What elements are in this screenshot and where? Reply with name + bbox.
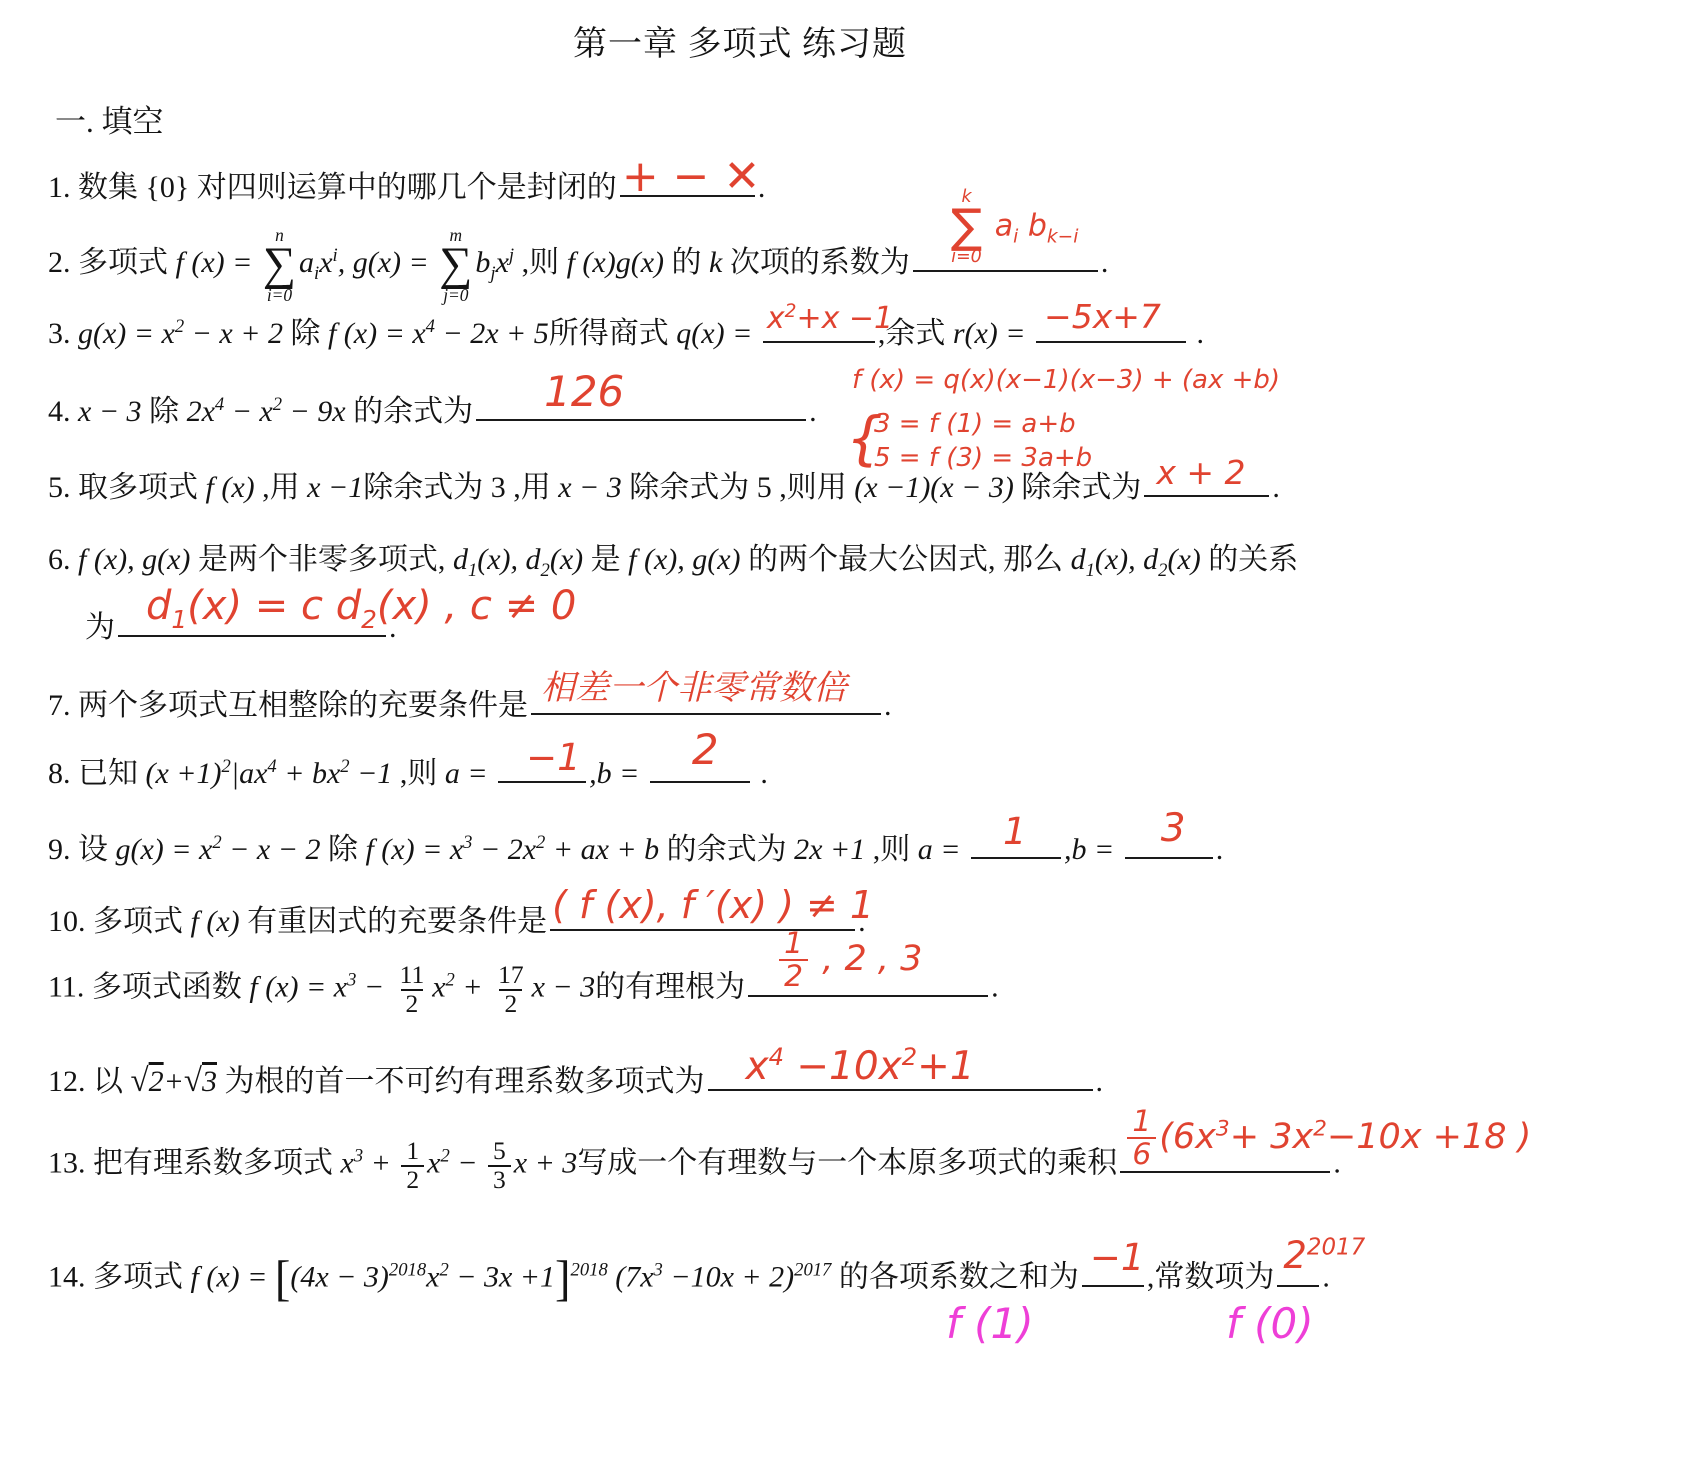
- text-run: 所得商式: [549, 317, 677, 350]
- math-run: − 2x + 5: [435, 317, 549, 350]
- math-run: ( f (x), f ′(x) ) ≠ 1: [552, 883, 874, 927]
- text-run: 6.: [48, 543, 78, 576]
- math-run: −10x +18 ): [1327, 1117, 1531, 1157]
- big-bracket: ]: [555, 1243, 571, 1316]
- question-9: 9. 设 g(x) = x2 − x − 2 除 f (x) = x3 − 2x…: [48, 828, 1223, 872]
- fraction: 16: [1127, 1106, 1156, 1170]
- fraction-denominator: 3: [488, 1165, 511, 1194]
- text-run: 1. 数集 {0} 对四则运算中的哪几个是封闭的: [48, 171, 617, 204]
- text-run: 是两个非零多项式,: [190, 543, 453, 576]
- answer-blank: 126: [476, 413, 806, 421]
- text-run: .: [1101, 246, 1109, 279]
- math-run: f (0): [1226, 1299, 1314, 1348]
- text-run: 10. 多项式: [48, 905, 191, 938]
- handwritten-answer: −1: [1090, 1238, 1145, 1279]
- math-run: 2x +1: [794, 833, 865, 866]
- section-heading: 一. 填空: [55, 96, 164, 141]
- math-run: |ax: [231, 757, 268, 790]
- pink-note-f0: f (0): [1226, 1294, 1314, 1355]
- math-run: x −1: [307, 471, 363, 504]
- text-run: 次项的系数为: [722, 246, 910, 279]
- math-run: ,b =: [1064, 833, 1122, 866]
- text-run: 除: [142, 395, 187, 428]
- text-run: ,则: [514, 246, 567, 279]
- math-run: f (x) =: [191, 1261, 275, 1294]
- math-run: + bx: [277, 757, 341, 790]
- text-run: .: [809, 395, 817, 428]
- math-run: d: [453, 543, 468, 576]
- question-5: 5. 取多项式 f (x) ,用 x −1除余式为 3 ,用 x − 3 除余式…: [48, 466, 1280, 510]
- subscript: 1: [468, 560, 477, 581]
- fraction-denominator: 2: [499, 989, 522, 1018]
- text-run: 126: [544, 367, 624, 416]
- fraction-denominator: 2: [779, 959, 808, 992]
- question-6-line-2: 为d1(x) = c d2(x) , c ≠ 0.: [85, 606, 397, 650]
- text-run: 写成一个有理数与一个本原多项式的乘积: [577, 1147, 1117, 1180]
- math-run: f (x) = x: [249, 971, 347, 1004]
- math-run: x + 3: [514, 1147, 578, 1180]
- math-run: + 3x: [1230, 1117, 1313, 1157]
- math-run: , g(x) =: [338, 246, 437, 279]
- math-run: (x) , c ≠ 0: [377, 583, 576, 629]
- summation: n∑i=0: [263, 226, 296, 304]
- answer-blank: x + 2: [1144, 489, 1269, 497]
- math-run: g(x) = x: [78, 317, 175, 350]
- math-run: (x), d: [1095, 543, 1158, 576]
- question-2: 2. 多项式 f (x) = n∑i=0aixi, g(x) = m∑j=0bj…: [48, 226, 1108, 304]
- math-run: x: [746, 1044, 769, 1089]
- text-run: .: [1216, 833, 1224, 866]
- math-run: (4x − 3): [290, 1261, 389, 1294]
- math-run: (6x: [1159, 1117, 1216, 1157]
- superscript: 2018: [389, 1260, 426, 1281]
- text-run: 2. 多项式: [48, 246, 176, 279]
- superscript: 2: [440, 1146, 449, 1167]
- superscript: 2: [175, 316, 184, 337]
- text-run: ,用: [255, 471, 308, 504]
- fraction-denominator: 6: [1127, 1137, 1156, 1170]
- superscript: 2: [536, 832, 545, 853]
- work-note-f1: 3 = f (1) = a+b: [874, 406, 1076, 444]
- page-title: 第一章 多项式 练习题: [0, 16, 1480, 65]
- question-13: 13. 把有理系数多项式 x3 + 12x2 − 53x + 3写成一个有理数与…: [48, 1138, 1341, 1194]
- answer-blank: x2+x −1: [763, 335, 875, 343]
- text-run: 有重因式的充要条件是: [240, 905, 548, 938]
- text-run: 为: [85, 611, 115, 644]
- fraction: 172: [493, 962, 529, 1018]
- math-run: f (x): [206, 471, 255, 504]
- math-run: f (x): [191, 905, 240, 938]
- fraction-numerator: 17: [493, 962, 529, 989]
- math-run: 2x: [187, 395, 215, 428]
- answer-blank: k∑i=0 ai bk−i: [913, 264, 1098, 272]
- text-run: 2: [1283, 1234, 1307, 1277]
- math-run: d: [1071, 543, 1086, 576]
- fraction-numerator: 1: [401, 1138, 424, 1165]
- math-run: x: [432, 971, 445, 1004]
- math-run: r(x) =: [953, 317, 1033, 350]
- math-run: + ax + b: [545, 833, 659, 866]
- summation-lower-limit: i=0: [951, 248, 981, 266]
- superscript: 2: [785, 301, 797, 322]
- text-run: 3: [1161, 806, 1186, 851]
- handwritten-answer: 126: [544, 369, 624, 415]
- math-run: x: [767, 301, 785, 336]
- text-run: 4.: [48, 395, 78, 428]
- radical-symbol: √: [184, 1063, 202, 1099]
- superscript: 2018: [571, 1260, 608, 1281]
- handwritten-answer: + − ✕: [622, 153, 761, 201]
- superscript: 2: [902, 1043, 917, 1071]
- text-run: 除: [320, 833, 365, 866]
- answer-blank: 3: [1125, 851, 1213, 859]
- question-12: 12. 以 √2+√3 为根的首一不可约有理系数多项式为x4 −10x2+1.: [48, 1058, 1103, 1106]
- question-1: 1. 数集 {0} 对四则运算中的哪几个是封闭的+ − ✕.: [48, 166, 765, 210]
- summation-lower-limit: i=0: [267, 286, 292, 304]
- fraction-numerator: 1: [779, 928, 808, 959]
- text-run: + − ✕: [622, 151, 761, 202]
- question-7: 7. 两个多项式互相整除的充要条件是相差一个非零常数倍.: [48, 684, 892, 728]
- math-run: +x −1: [796, 301, 893, 336]
- answer-blank: 相差一个非零常数倍: [531, 707, 881, 715]
- text-run: 14. 多项式: [48, 1261, 191, 1294]
- math-run: g(x) = x: [116, 833, 213, 866]
- math-run: −: [450, 1147, 485, 1180]
- text-run: 除: [283, 317, 328, 350]
- text-run: 7. 两个多项式互相整除的充要条件是: [48, 689, 528, 722]
- answer-blank: d1(x) = c d2(x) , c ≠ 0: [118, 629, 386, 637]
- text-run: 9. 设: [48, 833, 116, 866]
- math-run: (x): [1167, 543, 1200, 576]
- handwritten-answer: 2: [692, 727, 719, 773]
- math-run: a =: [918, 833, 968, 866]
- text-run: ,常数项为: [1147, 1261, 1275, 1294]
- handwritten-answer: −1: [526, 738, 581, 779]
- superscript: 4: [426, 316, 435, 337]
- text-run: .: [1272, 471, 1280, 504]
- text-run: 13. 把有理系数多项式: [48, 1147, 341, 1180]
- subscript: 1: [171, 605, 187, 634]
- summation: k∑i=0: [951, 188, 982, 266]
- document-page: 第一章 多项式 练习题 一. 填空 1. 数集 {0} 对四则运算中的哪几个是封…: [0, 0, 1706, 1462]
- handwritten-answer: x + 2: [1156, 455, 1245, 491]
- math-run: −: [356, 971, 391, 1004]
- handwritten-answer: 16(6x3+ 3x2−10x +18 ): [1124, 1106, 1531, 1170]
- superscript: 3: [347, 970, 356, 991]
- handwritten-answer: 22017: [1283, 1236, 1365, 1277]
- question-10: 10. 多项式 f (x) 有重因式的充要条件是( f (x), f ′(x) …: [48, 900, 866, 944]
- math-run: − 9x: [282, 395, 346, 428]
- math-run: x: [426, 1261, 439, 1294]
- math-run: ,b =: [589, 757, 647, 790]
- handwritten-answer: x4 −10x2+1: [746, 1045, 975, 1089]
- summation-lower-limit: j=0: [443, 286, 468, 304]
- superscript: 2: [1313, 1117, 1327, 1142]
- math-run: −10x: [784, 1044, 902, 1089]
- superscript: 2: [340, 756, 349, 777]
- superscript: 2: [212, 832, 221, 853]
- superscript: 2: [273, 394, 282, 415]
- answer-blank: −1: [498, 775, 586, 783]
- math-run: −1: [1090, 1236, 1145, 1279]
- math-run: 5 = f (3) = 3a+b: [874, 443, 1092, 473]
- math-run: −1: [526, 736, 581, 779]
- math-run: d: [146, 583, 171, 629]
- text-run: 5. 取多项式: [48, 471, 206, 504]
- subscript: 2: [541, 560, 550, 581]
- answer-blank: 12 , 2 , 3: [748, 989, 988, 997]
- handwritten-answer: d1(x) = c d2(x) , c ≠ 0: [146, 584, 576, 633]
- math-run: x: [341, 1147, 354, 1180]
- math-run: f (x), g(x): [78, 543, 190, 576]
- superscript: 2: [222, 756, 231, 777]
- math-run: a: [299, 246, 314, 279]
- math-run: +1: [917, 1044, 975, 1089]
- math-run: k: [709, 246, 722, 279]
- fraction-numerator: 11: [395, 962, 430, 989]
- superscript: 4: [267, 756, 276, 777]
- radical-symbol: √: [131, 1063, 149, 1099]
- question-4: 4. x − 3 除 2x4 − x2 − 9x 的余式为126.: [48, 390, 817, 434]
- math-run: (x): [550, 543, 583, 576]
- handwritten-answer: x2+x −1: [767, 302, 893, 335]
- answer-blank: 16(6x3+ 3x2−10x +18 ): [1120, 1165, 1330, 1173]
- text-run: 8. 已知: [48, 757, 146, 790]
- question-11: 11. 多项式函数 f (x) = x3 − 112x2 + 172x − 3的…: [48, 962, 999, 1018]
- text-run: 1: [1003, 810, 1027, 853]
- math-run: b: [1018, 208, 1047, 243]
- math-run: f (x) = x: [328, 317, 426, 350]
- square-root: √3: [184, 1065, 217, 1098]
- sigma-symbol: ∑: [439, 244, 472, 286]
- question-3: 3. g(x) = x2 − x + 2 除 f (x) = x4 − 2x +…: [48, 312, 1204, 356]
- math-run: +: [363, 1147, 398, 1180]
- math-run: − x + 2: [184, 317, 283, 350]
- math-run: − 2x: [472, 833, 536, 866]
- text-run: 的两个最大公因式, 那么: [741, 543, 1071, 576]
- math-run: x − 3: [532, 971, 596, 1004]
- work-note-f3: 5 = f (3) = 3a+b: [874, 440, 1092, 478]
- superscript: 4: [769, 1043, 784, 1071]
- math-run: , 2 , 3: [811, 939, 922, 979]
- big-bracket: [: [275, 1243, 291, 1316]
- subscript: k−i: [1047, 226, 1079, 247]
- math-run: q(x) =: [676, 317, 760, 350]
- math-run: b: [475, 246, 490, 279]
- pink-note-f1: f (1): [946, 1294, 1034, 1355]
- math-run: (x +1): [146, 757, 222, 790]
- text-run: 是: [583, 543, 628, 576]
- superscript: 2017: [794, 1260, 831, 1281]
- answer-blank: 22017: [1277, 1279, 1319, 1287]
- math-run: −5x+7: [1044, 297, 1161, 336]
- superscript: 4: [215, 394, 224, 415]
- fraction: 12: [779, 928, 808, 992]
- text-run: 相差一个非零常数倍: [541, 668, 847, 708]
- fraction: 53: [488, 1138, 511, 1194]
- math-run: a =: [445, 757, 495, 790]
- summation: m∑j=0: [439, 226, 472, 304]
- fraction-numerator: 1: [1127, 1106, 1156, 1137]
- math-run: − x: [224, 395, 273, 428]
- math-run: x: [319, 246, 332, 279]
- fraction-denominator: 2: [401, 989, 424, 1018]
- superscript: 2: [439, 1260, 448, 1281]
- math-run: +: [164, 1065, 184, 1098]
- question-8: 8. 已知 (x +1)2|ax4 + bx2 −1 ,则 a = −1,b =…: [48, 752, 768, 796]
- math-run: x − 3: [78, 395, 142, 428]
- answer-blank: 1: [971, 851, 1061, 859]
- superscript: 3: [354, 1146, 363, 1167]
- text-run: .: [884, 689, 892, 722]
- answer-blank: 2: [650, 775, 750, 783]
- handwritten-answer: k∑i=0 ai bk−i: [948, 188, 1079, 266]
- math-run: (x), d: [477, 543, 540, 576]
- handwritten-answer: ( f (x), f ′(x) ) ≠ 1: [552, 885, 874, 927]
- math-run: x: [496, 246, 509, 279]
- math-run: f (x) = q(x)(x−1)(x−3) + (ax +b): [852, 365, 1280, 395]
- superscript: 2017: [1307, 1235, 1365, 1261]
- text-run: ,则: [865, 833, 918, 866]
- math-run: f (x) = x: [365, 833, 463, 866]
- math-run: f (x)g(x): [567, 246, 664, 279]
- answer-blank: + − ✕: [620, 189, 755, 197]
- text-run: 2: [692, 725, 719, 774]
- math-run: a: [985, 208, 1013, 243]
- square-root: √2: [131, 1065, 164, 1098]
- text-run: 除余式为 3 ,用: [363, 471, 558, 504]
- fraction: 12: [401, 1138, 424, 1194]
- handwritten-answer: −5x+7: [1044, 299, 1161, 335]
- fraction-denominator: 2: [401, 1165, 424, 1194]
- radicand: 2: [149, 1065, 164, 1098]
- text-run: 的各项系数之和为: [831, 1261, 1079, 1294]
- math-run: f (1): [946, 1299, 1034, 1348]
- sigma-symbol: ∑: [951, 206, 982, 248]
- subscript: 1: [1086, 560, 1095, 581]
- handwritten-answer: 3: [1161, 808, 1186, 851]
- superscript: 2: [446, 970, 455, 991]
- text-run: .: [753, 757, 768, 790]
- math-run: (x) = c d: [187, 583, 361, 629]
- math-run: − 3x +1: [449, 1261, 555, 1294]
- fraction-numerator: 5: [488, 1138, 511, 1165]
- subscript: 2: [361, 605, 377, 634]
- math-run: +: [455, 971, 490, 1004]
- text-run: 的关系: [1201, 543, 1299, 576]
- math-run: − x − 2: [222, 833, 321, 866]
- superscript: 3: [1216, 1117, 1230, 1142]
- answer-blank: −5x+7: [1036, 335, 1186, 343]
- handwritten-answer: 相差一个非零常数倍: [541, 670, 847, 707]
- question-6-line-1: 6. f (x), g(x) 是两个非零多项式, d1(x), d2(x) 是 …: [48, 538, 1298, 582]
- answer-blank: −1: [1082, 1279, 1144, 1287]
- question-14: 14. 多项式 f (x) = [(4x − 3)2018x2 − 3x +1]…: [48, 1246, 1330, 1313]
- math-run: 3 = f (1) = a+b: [874, 409, 1076, 439]
- text-run: 11. 多项式函数: [48, 971, 249, 1004]
- sigma-symbol: ∑: [263, 244, 296, 286]
- math-run: −10x + 2): [663, 1261, 794, 1294]
- text-run: 12. 以: [48, 1065, 131, 1098]
- text-run: 的有理根为: [595, 971, 745, 1004]
- text-run: ,则: [392, 757, 445, 790]
- text-run: .: [991, 971, 999, 1004]
- math-run: x − 3: [558, 471, 622, 504]
- math-run: x + 2: [1156, 453, 1245, 492]
- text-run: 的余式为: [346, 395, 474, 428]
- math-run: −1: [350, 757, 393, 790]
- text-run: 为根的首一不可约有理系数多项式为: [217, 1065, 705, 1098]
- text-run: .: [1189, 317, 1204, 350]
- radicand: 3: [202, 1065, 217, 1098]
- handwritten-answer: 12 , 2 , 3: [776, 928, 922, 992]
- superscript: 3: [654, 1260, 663, 1281]
- text-run: 3.: [48, 317, 78, 350]
- math-run: (7x: [608, 1261, 654, 1294]
- math-run: f (x), g(x): [628, 543, 740, 576]
- text-run: 的余式为: [659, 833, 794, 866]
- math-run: x: [427, 1147, 440, 1180]
- answer-blank: x4 −10x2+1: [708, 1083, 1093, 1091]
- work-note-f-equation: f (x) = q(x)(x−1)(x−3) + (ax +b): [852, 362, 1280, 400]
- text-run: 除余式为 5 ,则用: [622, 471, 855, 504]
- fraction: 112: [395, 962, 430, 1018]
- text-run: 的: [664, 246, 709, 279]
- math-run: f (x) =: [176, 246, 260, 279]
- handwritten-answer: 1: [1003, 812, 1027, 853]
- text-run: .: [1096, 1065, 1104, 1098]
